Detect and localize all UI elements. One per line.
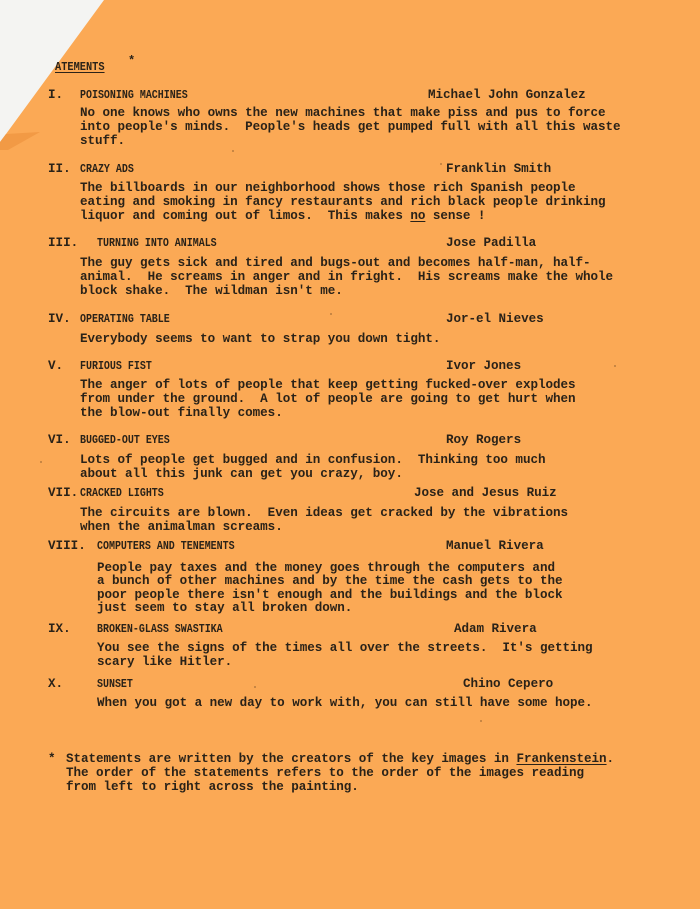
statement-author: Chino Cepero xyxy=(463,677,553,691)
statement-heading: CRAZY ADS xyxy=(80,163,134,177)
body-text: a bunch of other machines and by the tim… xyxy=(97,574,562,588)
paper-speck xyxy=(330,313,332,315)
statement-numeral: III. xyxy=(48,236,78,250)
statement-numeral: II. xyxy=(48,162,71,176)
body-text: animal. He screams in anger and in frigh… xyxy=(80,270,613,284)
statement-numeral: VII. xyxy=(48,486,78,500)
statement-body-line: No one knows who owns the new machines t… xyxy=(80,106,606,120)
body-text: about all this junk can get you crazy, b… xyxy=(80,467,403,481)
body-text: poor people there isn't enough and the b… xyxy=(97,588,562,602)
statement-body-line: just seem to stay all broken down. xyxy=(97,601,352,615)
statement-numeral: VIII. xyxy=(48,539,86,553)
body-text: No one knows who owns the new machines t… xyxy=(80,106,606,120)
footnote-marker: * xyxy=(48,752,56,766)
document-title: ATEMENTS xyxy=(55,60,105,74)
paper-speck xyxy=(614,365,616,367)
statement-author: Jose and Jesus Ruiz xyxy=(414,486,557,500)
statement-numeral: I. xyxy=(48,88,63,102)
title-footnote-marker: * xyxy=(128,54,135,68)
footnote-line-2: The order of the statements refers to th… xyxy=(66,766,584,780)
statement-body-line: The anger of lots of people that keep ge… xyxy=(80,378,576,392)
statement-body-line: block shake. The wildman isn't me. xyxy=(80,284,343,298)
body-text: stuff. xyxy=(80,134,125,148)
statement-numeral: IX. xyxy=(48,622,71,636)
statement-heading: CRACKED LIGHTS xyxy=(80,487,164,501)
statement-author: Ivor Jones xyxy=(446,359,521,373)
statement-author: Roy Rogers xyxy=(446,433,521,447)
body-text: People pay taxes and the money goes thro… xyxy=(97,561,555,575)
statement-numeral: V. xyxy=(48,359,63,373)
body-text: When you got a new day to work with, you… xyxy=(97,696,593,710)
paper-speck xyxy=(232,150,234,152)
body-text: The anger of lots of people that keep ge… xyxy=(80,378,576,392)
body-text: when the animalman screams. xyxy=(80,520,283,534)
body-text: The billboards in our neighborhood shows… xyxy=(80,181,576,195)
statement-body-line: when the animalman screams. xyxy=(80,520,283,534)
statement-body-line: about all this junk can get you crazy, b… xyxy=(80,467,403,481)
paper-speck xyxy=(40,461,42,463)
footnote-text: Statements are written by the creators o… xyxy=(66,752,516,766)
body-text: just seem to stay all broken down. xyxy=(97,601,352,615)
footnote-line-3: from left to right across the painting. xyxy=(66,780,359,794)
paper-speck xyxy=(440,163,442,165)
body-text: eating and smoking in fancy restaurants … xyxy=(80,195,606,209)
statement-author: Michael John Gonzalez xyxy=(428,88,586,102)
body-text: You see the signs of the times all over … xyxy=(97,641,593,655)
statement-numeral: IV. xyxy=(48,312,71,326)
statement-body-line: stuff. xyxy=(80,134,125,148)
body-text: into people's minds. People's heads get … xyxy=(80,120,621,134)
statement-heading: SUNSET xyxy=(97,678,133,692)
body-text: The circuits are blown. Even ideas get c… xyxy=(80,506,568,520)
statement-body-line: scary like Hitler. xyxy=(97,655,232,669)
statement-author: Jor-el Nieves xyxy=(446,312,544,326)
statement-heading: POISONING MACHINES xyxy=(80,89,188,103)
statement-body-line: The circuits are blown. Even ideas get c… xyxy=(80,506,568,520)
body-text: Everybody seems to want to strap you dow… xyxy=(80,332,440,346)
statement-body-line: from under the ground. A lot of people a… xyxy=(80,392,576,406)
statement-body-line: into people's minds. People's heads get … xyxy=(80,120,621,134)
statement-body-line: Everybody seems to want to strap you dow… xyxy=(80,332,440,346)
statement-body-line: liquor and coming out of limos. This mak… xyxy=(80,209,485,223)
footnote-period: . xyxy=(607,752,615,766)
statement-heading: COMPUTERS AND TENEMENTS xyxy=(97,540,235,554)
statement-body-line: poor people there isn't enough and the b… xyxy=(97,588,562,602)
statement-numeral: X. xyxy=(48,677,63,691)
statement-heading: OPERATING TABLE xyxy=(80,313,170,327)
statement-heading: BROKEN-GLASS SWASTIKA xyxy=(97,623,223,637)
statement-body-line: eating and smoking in fancy restaurants … xyxy=(80,195,606,209)
paper-speck xyxy=(254,686,256,688)
statement-body-line: People pay taxes and the money goes thro… xyxy=(97,561,555,575)
statement-heading: TURNING INTO ANIMALS xyxy=(97,237,217,251)
statement-author: Franklin Smith xyxy=(446,162,551,176)
body-text-end: sense ! xyxy=(425,209,485,223)
statement-body-line: The billboards in our neighborhood shows… xyxy=(80,181,576,195)
body-text: liquor and coming out of limos. This mak… xyxy=(80,209,410,223)
body-text: the blow-out finally comes. xyxy=(80,406,283,420)
statement-author: Jose Padilla xyxy=(446,236,536,250)
emphasized-word: no xyxy=(410,209,425,223)
statement-body-line: animal. He screams in anger and in frigh… xyxy=(80,270,613,284)
statement-numeral: VI. xyxy=(48,433,71,447)
footnote-line-1: Statements are written by the creators o… xyxy=(66,752,614,766)
body-text: scary like Hitler. xyxy=(97,655,232,669)
statement-heading: FURIOUS FIST xyxy=(80,360,152,374)
body-text: The guy gets sick and tired and bugs-out… xyxy=(80,256,591,270)
statement-body-line: The guy gets sick and tired and bugs-out… xyxy=(80,256,591,270)
statement-author: Adam Rivera xyxy=(454,622,537,636)
statement-body-line: the blow-out finally comes. xyxy=(80,406,283,420)
statement-body-line: Lots of people get bugged and in confusi… xyxy=(80,453,545,467)
painting-title: Frankenstein xyxy=(516,752,606,766)
statement-author: Manuel Rivera xyxy=(446,539,544,553)
statement-body-line: When you got a new day to work with, you… xyxy=(97,696,593,710)
statement-body-line: You see the signs of the times all over … xyxy=(97,641,593,655)
paper-speck xyxy=(480,720,482,722)
body-text: block shake. The wildman isn't me. xyxy=(80,284,343,298)
statement-heading: BUGGED-OUT EYES xyxy=(80,434,170,448)
body-text: Lots of people get bugged and in confusi… xyxy=(80,453,545,467)
statement-body-line: a bunch of other machines and by the tim… xyxy=(97,574,562,588)
body-text: from under the ground. A lot of people a… xyxy=(80,392,576,406)
